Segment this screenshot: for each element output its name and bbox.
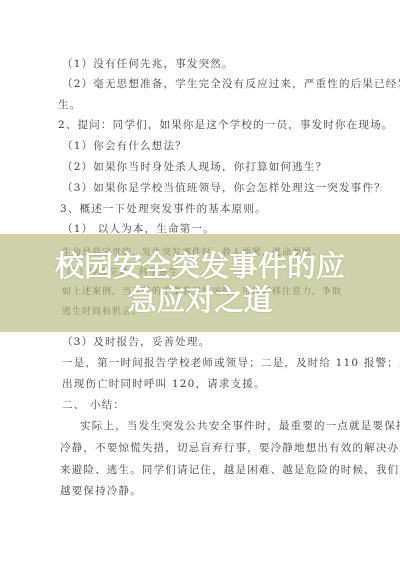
banner-title: 校园安全突发事件的应 急应对之道 (0, 234, 400, 332)
doc-line: 越要保持冷静。 (60, 483, 142, 498)
banner-title-line-2: 急应对之道 (127, 283, 272, 317)
doc-line: （2）如果你当时身处杀人现场，你打算如何逃生？ (62, 159, 327, 174)
doc-line: （1）你会有什么想法？ (62, 138, 187, 153)
doc-line: （3）如果你是学校当值班领导，你会怎样处理这一突发事件？ (62, 180, 386, 195)
doc-line: 实际上，当发生突发公共安全事件时，最重要的一点就是要保持 (80, 418, 400, 433)
banner-title-line-1: 校园安全突发事件的应 (55, 249, 345, 283)
section-heading: 二、 小结： (62, 397, 125, 412)
doc-line: 一是，第一时间报告学校老师或领导；二是，及时给 110 报警；三是， (62, 355, 400, 370)
doc-line: 冷静，不要惊慌失措，切忌盲弃行事，要冷静地想出有效的解决办法 (60, 440, 400, 455)
doc-line: 2、提问：同学们，如果你是这个学校的一员，事发时你在现场。 (58, 117, 393, 132)
doc-line: 3、概述一下处理突发事件的基本原则。 (60, 201, 267, 216)
doc-line: 出现伤亡时同时呼叫 120，请求支援。 (62, 376, 266, 391)
doc-line: 来避险、逃生。同学们请记住，越是困难、越是危险的时候，我们就 (60, 462, 400, 477)
doc-line: （1）没有任何先兆，事发突然。 (62, 56, 234, 71)
title-banner: 生命是最宝贵的，发生突发事件时，救人要紧，逃命要紧。 （2）冷静应对，科学逃生。… (0, 234, 400, 332)
doc-line: （3）及时报告，妥善处理。 (62, 334, 210, 349)
doc-line: （2）毫无思想准备，学生完全没有反应过来，严重性的后果已经发 (62, 76, 400, 91)
doc-line: 生。 (58, 97, 81, 112)
